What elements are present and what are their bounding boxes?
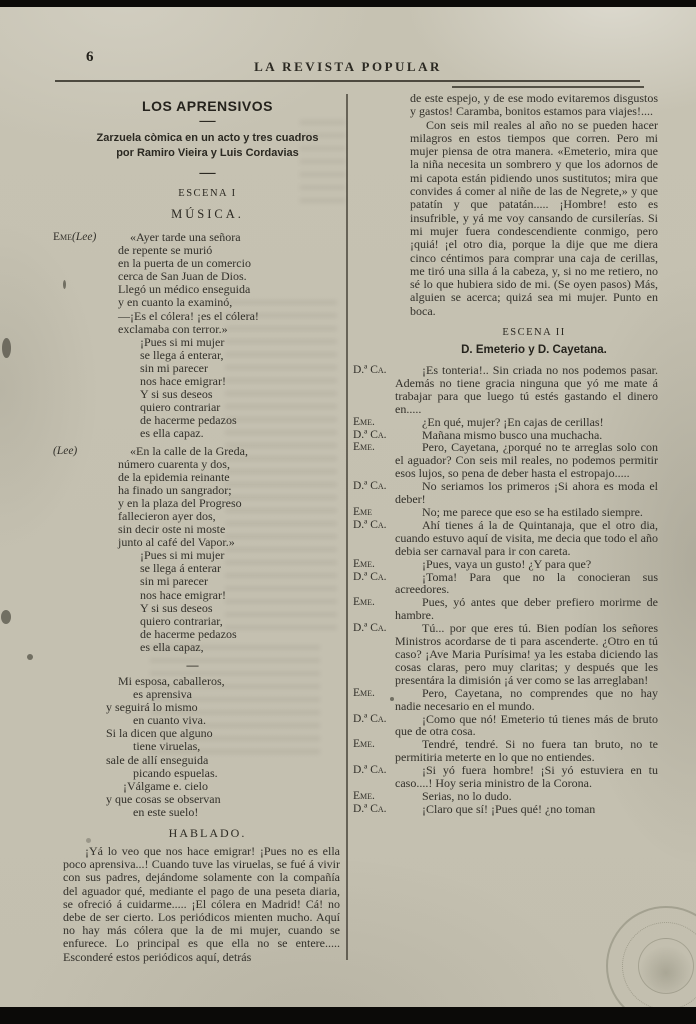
speaker-label: Eme. <box>353 738 375 751</box>
verse-group: Mi esposa, caballeros,es aprensivay segu… <box>45 675 340 819</box>
verse-line: y en la plaza del Progreso <box>45 497 340 510</box>
verse-line: ¡Pues si mi mujer <box>45 336 340 349</box>
dialogue-text: Pero, Cayetana, no comprendes que no hay… <box>395 686 658 713</box>
hablado-heading: HABLADO. <box>75 826 340 841</box>
dialogue-text: Serias, no lo dudo. <box>422 789 512 803</box>
dialogue-text: ¡Pues, vaya un gusto! ¿Y para que? <box>422 557 591 571</box>
dialogue-text: ¡Como que nó! Emeterio tú tienes más de … <box>395 712 658 739</box>
dialogue-entry: D.ª Ca.Ahí tienes á la de Quintanaja, qu… <box>395 519 658 558</box>
speaker-label: Eme(Lee) <box>53 231 96 244</box>
dialogue-text: ¡Toma! Para que no la conocieran sus acr… <box>395 570 658 597</box>
verse-line: picando espuelas. <box>45 767 340 780</box>
scan-edge-top <box>0 0 696 7</box>
verse-line: es ella capaz. <box>45 427 340 440</box>
dialogue-text: Mañana mismo busco una muchacha. <box>422 428 602 442</box>
ink-speck <box>27 654 33 660</box>
dialogue-text: Ahí tienes á la de Quintanaja, que el ot… <box>395 518 658 558</box>
dialogue-text: ¿En qué, mujer? ¡En cajas de cerillas! <box>422 415 604 429</box>
dialogue-entry: D.ª Ca.¡Claro que sí! ¡Pues qué! ¿no tom… <box>395 803 658 816</box>
ink-speck <box>2 338 11 358</box>
scene2-heading: ESCENA II <box>410 327 658 338</box>
verse-line: y que cosas se observan <box>45 793 340 806</box>
verse-line: ha finado un sangrador; <box>45 484 340 497</box>
verse-line: tiene viruelas, <box>45 740 340 753</box>
speaker-label: D.ª Ca. <box>353 429 387 442</box>
dialogue-text: No; me parece que eso se ha estilado sie… <box>422 505 643 519</box>
speaker-label: Eme. <box>353 687 375 700</box>
speaker-name: Eme <box>53 231 72 243</box>
speaker-label: Eme. <box>353 416 375 429</box>
verse-line: «En la calle de la Greda, <box>45 445 340 458</box>
right-column: de este espejo, y de ese modo evitaremos… <box>350 92 658 816</box>
verse-line: en este suelo! <box>45 806 340 819</box>
speaker-label: D.ª Ca. <box>353 764 387 777</box>
speaker-label: Eme. <box>353 790 375 803</box>
dialogue-entry: Eme.Pero, Cayetana, ¿porqué no te arregl… <box>395 441 658 480</box>
play-byline: por Ramiro Vieira y Luis Cordavias <box>75 147 340 159</box>
monologue-paragraph: Con seis mil reales al año no se pueden … <box>410 119 658 318</box>
separator-dash: — <box>75 167 340 178</box>
speaker-label: Eme <box>353 506 372 519</box>
musica-heading: MÚSICA. <box>75 207 340 222</box>
dialogue-entry: Eme.Tendré, tendré. Si no fuera tan brut… <box>395 738 658 764</box>
speaker-label: Eme. <box>353 441 375 454</box>
dialogue-text: No seriamos los primeros ¡Si ahora es mo… <box>395 479 658 506</box>
dialogue-block: D.ª Ca.¡Es tonteria!.. Sin criada no nos… <box>350 364 658 816</box>
verse-group: Eme(Lee)«Ayer tarde una señorade repente… <box>45 231 340 441</box>
scan-edge-bottom <box>0 1007 696 1024</box>
verse-separator: — <box>45 660 340 670</box>
header-rule <box>55 80 640 82</box>
verse-line: de hacerme pedazos <box>45 628 340 641</box>
verse-line: de la epidemia reinante <box>45 471 340 484</box>
masthead-title: LA REVISTA POPULAR <box>0 59 696 75</box>
monologue-paragraph: de este espejo, y de ese modo evitaremos… <box>410 92 658 119</box>
play-subtitle: Zarzuela còmica en un acto y tres cuadro… <box>75 132 340 144</box>
speaker-label: D.ª Ca. <box>353 364 387 377</box>
dialogue-entry: Eme.Pues, yó antes que deber prefiero mo… <box>395 596 658 622</box>
dialogue-text: Pues, yó antes que deber prefiero morirm… <box>395 595 658 622</box>
verse-line: sin mi parecer <box>45 575 340 588</box>
verse-line: es ella capaz, <box>45 641 340 654</box>
scene1-heading: ESCENA I <box>75 188 340 199</box>
speaker-label: (Lee) <box>53 445 77 458</box>
dialogue-text: Pero, Cayetana, ¿porqué no te arreglas s… <box>395 440 658 480</box>
hablado-paragraph: ¡Yá lo veo que nos hace emigrar! ¡Pues n… <box>63 845 340 964</box>
dialogue-entry: D.ª Ca.¡Toma! Para que no la conocieran … <box>395 571 658 597</box>
stage-cue: (Lee) <box>72 231 96 243</box>
dialogue-entry: D.ª Ca.¡Si yó fuera hombre! ¡Si yó estuv… <box>395 764 658 790</box>
dialogue-text: ¡Claro que sí! ¡Pues qué! ¿no toman <box>422 802 595 816</box>
verse-line: quiero contrariar, <box>45 615 340 628</box>
speaker-label: D.ª Ca. <box>353 571 387 584</box>
verse-line: número cuarenta y dos, <box>45 458 340 471</box>
column-divider <box>346 94 348 960</box>
verse-line: ¡Válgame e. cielo <box>45 780 340 793</box>
dialogue-text: ¡Si yó fuera hombre! ¡Si yó estuviera en… <box>395 763 658 790</box>
dialogue-entry: D.ª Ca.¡Como que nó! Emeterio tú tienes … <box>395 713 658 739</box>
verse-line: exclamaba con terror.» <box>45 323 340 336</box>
scanned-page: 6 LA REVISTA POPULAR LOS APRENSIVOS — Za… <box>0 0 696 1024</box>
verse-line: nos hace emigrar! <box>45 589 340 602</box>
left-column: LOS APRENSIVOS — Zarzuela còmica en un a… <box>45 92 340 964</box>
dialogue-entry: D.ª Ca.No seriamos los primeros ¡Si ahor… <box>395 480 658 506</box>
header-rule-2 <box>452 86 644 88</box>
verse-line: sale de allí enseguida <box>45 754 340 767</box>
verse-line: Y si sus deseos <box>45 602 340 615</box>
speaker-label: D.ª Ca. <box>353 622 387 635</box>
speaker-label: Eme. <box>353 558 375 571</box>
separator-dash: — <box>75 115 340 126</box>
music-block: Eme(Lee)«Ayer tarde una señorade repente… <box>45 231 340 819</box>
verse-line: Mi esposa, caballeros, <box>45 675 340 688</box>
scene2-characters: D. Emeterio y D. Cayetana. <box>410 344 658 356</box>
stage-cue: (Lee) <box>53 445 77 457</box>
speaker-label: D.ª Ca. <box>353 803 387 816</box>
monologue-block: de este espejo, y de ese modo evitaremos… <box>350 92 658 318</box>
speaker-label: Eme. <box>353 596 375 609</box>
verse-line: se llega á enterar, <box>45 349 340 362</box>
speaker-label: D.ª Ca. <box>353 480 387 493</box>
speaker-label: D.ª Ca. <box>353 519 387 532</box>
dialogue-entry: D.ª Ca.¡Es tonteria!.. Sin criada no nos… <box>395 364 658 416</box>
dialogue-entry: Eme.Pero, Cayetana, no comprendes que no… <box>395 687 658 713</box>
dialogue-text: Tendré, tendré. Si no fuera tan bruto, n… <box>395 737 658 764</box>
dialogue-text: Tú... por que eres tú. Bien podían los s… <box>395 621 658 687</box>
dialogue-text: ¡Es tonteria!.. Sin criada no nos podemo… <box>395 363 658 416</box>
dialogue-entry: D.ª Ca.Tú... por que eres tú. Bien podía… <box>395 622 658 687</box>
ink-speck <box>1 610 11 624</box>
verse-line: —¡Es el cólera! ¡es el cólera! <box>45 310 340 323</box>
speaker-label: D.ª Ca. <box>353 713 387 726</box>
verse-line: y en cuanto la examinó, <box>45 296 340 309</box>
verse-group: (Lee)«En la calle de la Greda,número cua… <box>45 445 340 655</box>
